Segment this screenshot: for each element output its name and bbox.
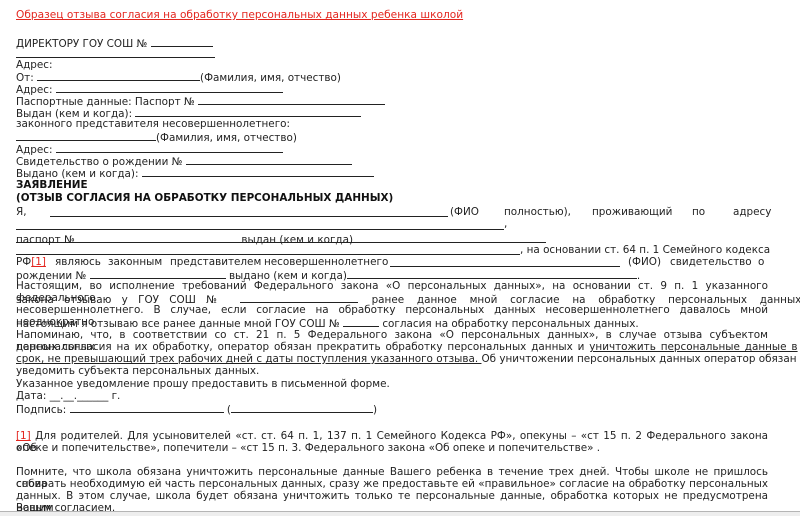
signature-name-blank bbox=[231, 402, 373, 413]
address-word: адресу bbox=[733, 206, 771, 218]
school-number-blank-3 bbox=[343, 316, 379, 327]
para2-line3-underlined: срок, не превышающий трех рабочих дней с… bbox=[16, 353, 481, 365]
certificate-o: о bbox=[758, 256, 764, 268]
para2-line3: срок, не превышающий трех рабочих дней с… bbox=[16, 353, 797, 365]
footnote-ref-link[interactable]: [1] bbox=[31, 256, 46, 268]
director-name-blank bbox=[16, 57, 215, 58]
reminder-line1: Помните, что школа обязана уничтожить пе… bbox=[16, 466, 768, 478]
para2-line2-underlined: уничтожить персональные данные в bbox=[589, 341, 797, 353]
school-number-blank-2 bbox=[240, 292, 358, 303]
reminder-line3: данных. В этом случае, школа будет обяза… bbox=[16, 490, 768, 502]
para1-line4: настоящим я отзываю все ранее данные мно… bbox=[16, 316, 639, 330]
rep-fio-blank bbox=[16, 130, 156, 141]
para3: Указанное уведомление прошу предоставить… bbox=[16, 378, 390, 390]
sign-paren-close: ) bbox=[373, 404, 377, 416]
issued-by-label: выдан (кем и когда) bbox=[241, 234, 353, 246]
issued-line-2: Выдано (кем и когда): bbox=[16, 166, 374, 180]
rf-text: РФ bbox=[16, 256, 31, 268]
document-title-link[interactable]: Образец отзыва согласия на обработку пер… bbox=[16, 9, 463, 21]
rep-word-1: являюсь bbox=[55, 256, 101, 268]
date-line: Дата: __.__.______ г. bbox=[16, 390, 120, 402]
living-label: проживающий bbox=[592, 206, 672, 218]
issued-blank bbox=[135, 106, 361, 117]
footnote-line1: [1] Для родителей. Для усыновителей «ст.… bbox=[16, 430, 768, 442]
date-label: Дата: bbox=[16, 390, 46, 402]
date-suffix: г. bbox=[112, 390, 121, 402]
date-blank: __.__.______ bbox=[50, 390, 109, 402]
birth-no-blank bbox=[90, 268, 226, 279]
rep-word-2: законным bbox=[108, 256, 162, 268]
footnote-anchor[interactable]: [1] bbox=[16, 430, 31, 442]
issued-blank-2 bbox=[142, 166, 374, 177]
passport-no-line: паспорт № выдан (кем и когда) bbox=[16, 232, 546, 246]
para2-line3-b: Об уничтожении персональных данных опера… bbox=[481, 353, 796, 365]
para2-line4: уведомить субъекта персональных данных. bbox=[16, 365, 259, 377]
rf-label: РФ[1] bbox=[16, 256, 46, 268]
address-blank-2 bbox=[56, 82, 283, 93]
para2-line1: Напоминаю, что, в соответствии со ст. 21… bbox=[16, 329, 768, 341]
address-comma: , bbox=[504, 218, 507, 230]
signature-line: Подпись: () bbox=[16, 402, 377, 416]
passport-blank bbox=[198, 94, 385, 105]
certificate-word: свидетельство bbox=[670, 256, 752, 268]
address-blank-3 bbox=[56, 142, 283, 153]
director-label: ДИРЕКТОРУ ГОУ СОШ № bbox=[16, 38, 147, 50]
issued-by-blank-3 bbox=[347, 268, 637, 279]
from-blank bbox=[37, 70, 200, 81]
issued-by-blank bbox=[356, 232, 546, 243]
para2-line2: данных согласия на их обработку, операто… bbox=[16, 341, 768, 353]
bottom-bar bbox=[0, 511, 800, 516]
passport-no-blank bbox=[78, 232, 238, 243]
director-line: ДИРЕКТОРУ ГОУ СОШ № bbox=[16, 36, 213, 50]
footnote-line2: опеке и попечительстве», попечители – «с… bbox=[16, 442, 600, 454]
fio-paren: (ФИО) bbox=[628, 256, 661, 268]
i-label: Я, bbox=[16, 206, 27, 218]
basis-text: , на основании ст. 64 п. 1 Семейного код… bbox=[520, 244, 770, 256]
fio-full-label: (ФИО bbox=[450, 206, 479, 218]
rep-word-4: несовершеннолетнего bbox=[264, 256, 388, 268]
para1-line1: Настоящим, во исполнение требований Феде… bbox=[16, 280, 768, 292]
address-blank-a bbox=[16, 229, 504, 230]
minor-fio-blank bbox=[390, 266, 620, 267]
school-number-blank bbox=[151, 36, 213, 47]
issued-by-blank-2 bbox=[16, 254, 520, 255]
fio-full-blank bbox=[50, 216, 448, 217]
para1-line3: несовершеннолетнего. В случае, если согл… bbox=[16, 304, 768, 316]
fio-full-label-2: полностью), bbox=[504, 206, 571, 218]
statement-title: ЗАЯВЛЕНИЕ bbox=[16, 179, 88, 191]
rep-line: законного представителя несовершеннолетн… bbox=[16, 118, 290, 130]
reminder-line2: собирать необходимую ей часть персональн… bbox=[16, 478, 768, 490]
passport-no-label: паспорт № bbox=[16, 234, 75, 246]
po-label: по bbox=[692, 206, 705, 218]
signature-label: Подпись: bbox=[16, 404, 66, 416]
rep-word-3: представителем bbox=[170, 256, 261, 268]
signature-blank bbox=[70, 402, 224, 413]
birth-cert-blank bbox=[186, 154, 352, 165]
statement-subtitle: (ОТЗЫВ СОГЛАСИЯ НА ОБРАБОТКУ ПЕРСОНАЛЬНЫ… bbox=[16, 192, 393, 204]
para2-line2-a: данных согласия на их обработку, операто… bbox=[16, 341, 589, 353]
